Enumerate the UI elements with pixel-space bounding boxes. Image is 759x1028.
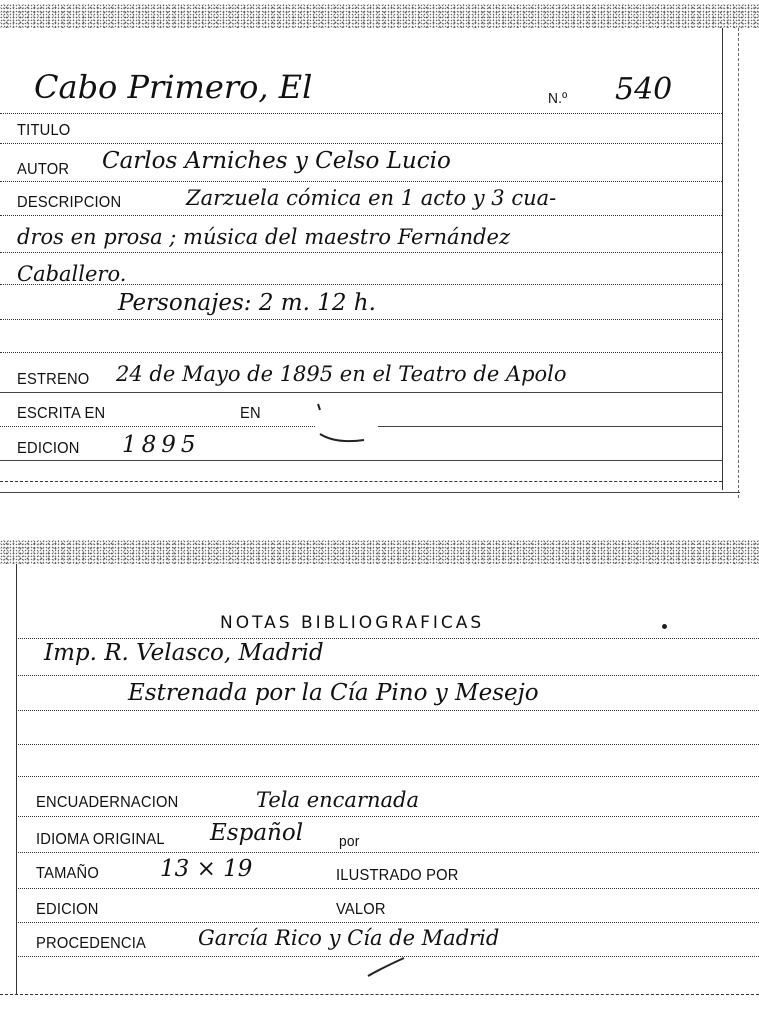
- catalog-card-bottom: NOTAS BIBLIOGRAFICAS Imp. R. Velasco, Ma…: [0, 520, 759, 1028]
- rule-encuadernacion: [16, 816, 759, 817]
- procedencia-value: García Rico y Cía de Madrid: [198, 926, 499, 950]
- card-edge-right: [738, 28, 739, 498]
- rule-edicion-bottom: [16, 922, 759, 923]
- autor-label: AUTOR: [17, 161, 69, 179]
- rule-title: [0, 113, 722, 114]
- rule-estreno: [0, 392, 722, 393]
- edicion-label: EDICION: [17, 440, 80, 458]
- rule-descripcion-3: [0, 284, 722, 285]
- idioma-label: IDIOMA ORIGINAL: [36, 831, 165, 849]
- rule-bottom-dashed: [0, 481, 722, 482]
- tamano-value: 13 × 19: [160, 856, 252, 882]
- card-border-left: [16, 564, 17, 994]
- autor-value: Carlos Arniches y Celso Lucio: [102, 148, 451, 174]
- titulo-label: TITULO: [17, 122, 70, 140]
- descripcion-label: DESCRIPCION: [17, 194, 121, 212]
- rule-idioma: [16, 852, 759, 853]
- estreno-label: ESTRENO: [17, 371, 89, 389]
- rule-procedencia: [16, 956, 759, 957]
- rule-notes-0: [16, 638, 759, 639]
- descripcion-line3: Caballero.: [17, 262, 126, 286]
- ink-mark-bottom: [364, 950, 414, 980]
- rule-descripcion-1: [0, 215, 722, 216]
- encuadernacion-value: Tela encarnada: [256, 788, 419, 812]
- card-border-right: [722, 28, 723, 490]
- rule-notes-2: [16, 710, 759, 711]
- notes-line2: Estrenada por la Cía Pino y Mesejo: [128, 680, 539, 706]
- por-label: por: [339, 833, 359, 850]
- number-value: 540: [615, 72, 672, 107]
- rule-bottom-final: [0, 994, 759, 995]
- rule-notes-1: [16, 675, 759, 676]
- rule-escrita-left: [0, 426, 315, 427]
- rule-blank: [0, 352, 722, 353]
- ink-mark: [312, 398, 372, 446]
- tamano-label: TAMAÑO: [36, 865, 99, 883]
- title-handwritten: Cabo Primero, El: [34, 68, 312, 106]
- en-label: EN: [240, 405, 261, 423]
- dot-mark: [662, 624, 667, 629]
- scan-noise-top: [0, 4, 759, 28]
- card-bottom-edge: [0, 492, 740, 493]
- rule-escrita-right: [378, 426, 722, 427]
- edicion-label-bottom: EDICION: [36, 901, 99, 919]
- scan-noise-bottom: [0, 540, 759, 564]
- procedencia-label: PROCEDENCIA: [36, 935, 146, 953]
- rule-notes-3: [16, 744, 759, 745]
- rule-descripcion-2: [0, 252, 722, 253]
- encuadernacion-label: ENCUADERNACION: [36, 794, 178, 812]
- rule-edicion: [0, 460, 722, 461]
- catalog-card-top: Cabo Primero, El N.º 540 TITULO AUTOR Ca…: [0, 0, 759, 500]
- number-label: N.º: [548, 90, 567, 107]
- rule-notes-4: [16, 776, 759, 777]
- personajes-value: Personajes: 2 m. 12 h.: [118, 290, 376, 316]
- rule-personajes: [0, 319, 722, 320]
- estreno-value: 24 de Mayo de 1895 en el Teatro de Apolo: [116, 362, 567, 386]
- rule-titulo: [0, 143, 722, 144]
- ilustrado-label: ILUSTRADO POR: [336, 867, 459, 885]
- descripcion-line1: Zarzuela cómica en 1 acto y 3 cua-: [186, 186, 556, 210]
- idioma-value: Español: [210, 820, 303, 846]
- valor-label: VALOR: [336, 901, 386, 919]
- notes-heading: NOTAS BIBLIOGRAFICAS: [220, 613, 484, 633]
- edicion-value: 1895: [122, 432, 201, 458]
- escrita-en-label: ESCRITA EN: [17, 405, 105, 423]
- rule-tamano: [16, 888, 759, 889]
- notes-line1: Imp. R. Velasco, Madrid: [44, 640, 324, 666]
- rule-autor: [0, 181, 722, 182]
- descripcion-line2: dros en prosa ; música del maestro Ferná…: [17, 225, 510, 249]
